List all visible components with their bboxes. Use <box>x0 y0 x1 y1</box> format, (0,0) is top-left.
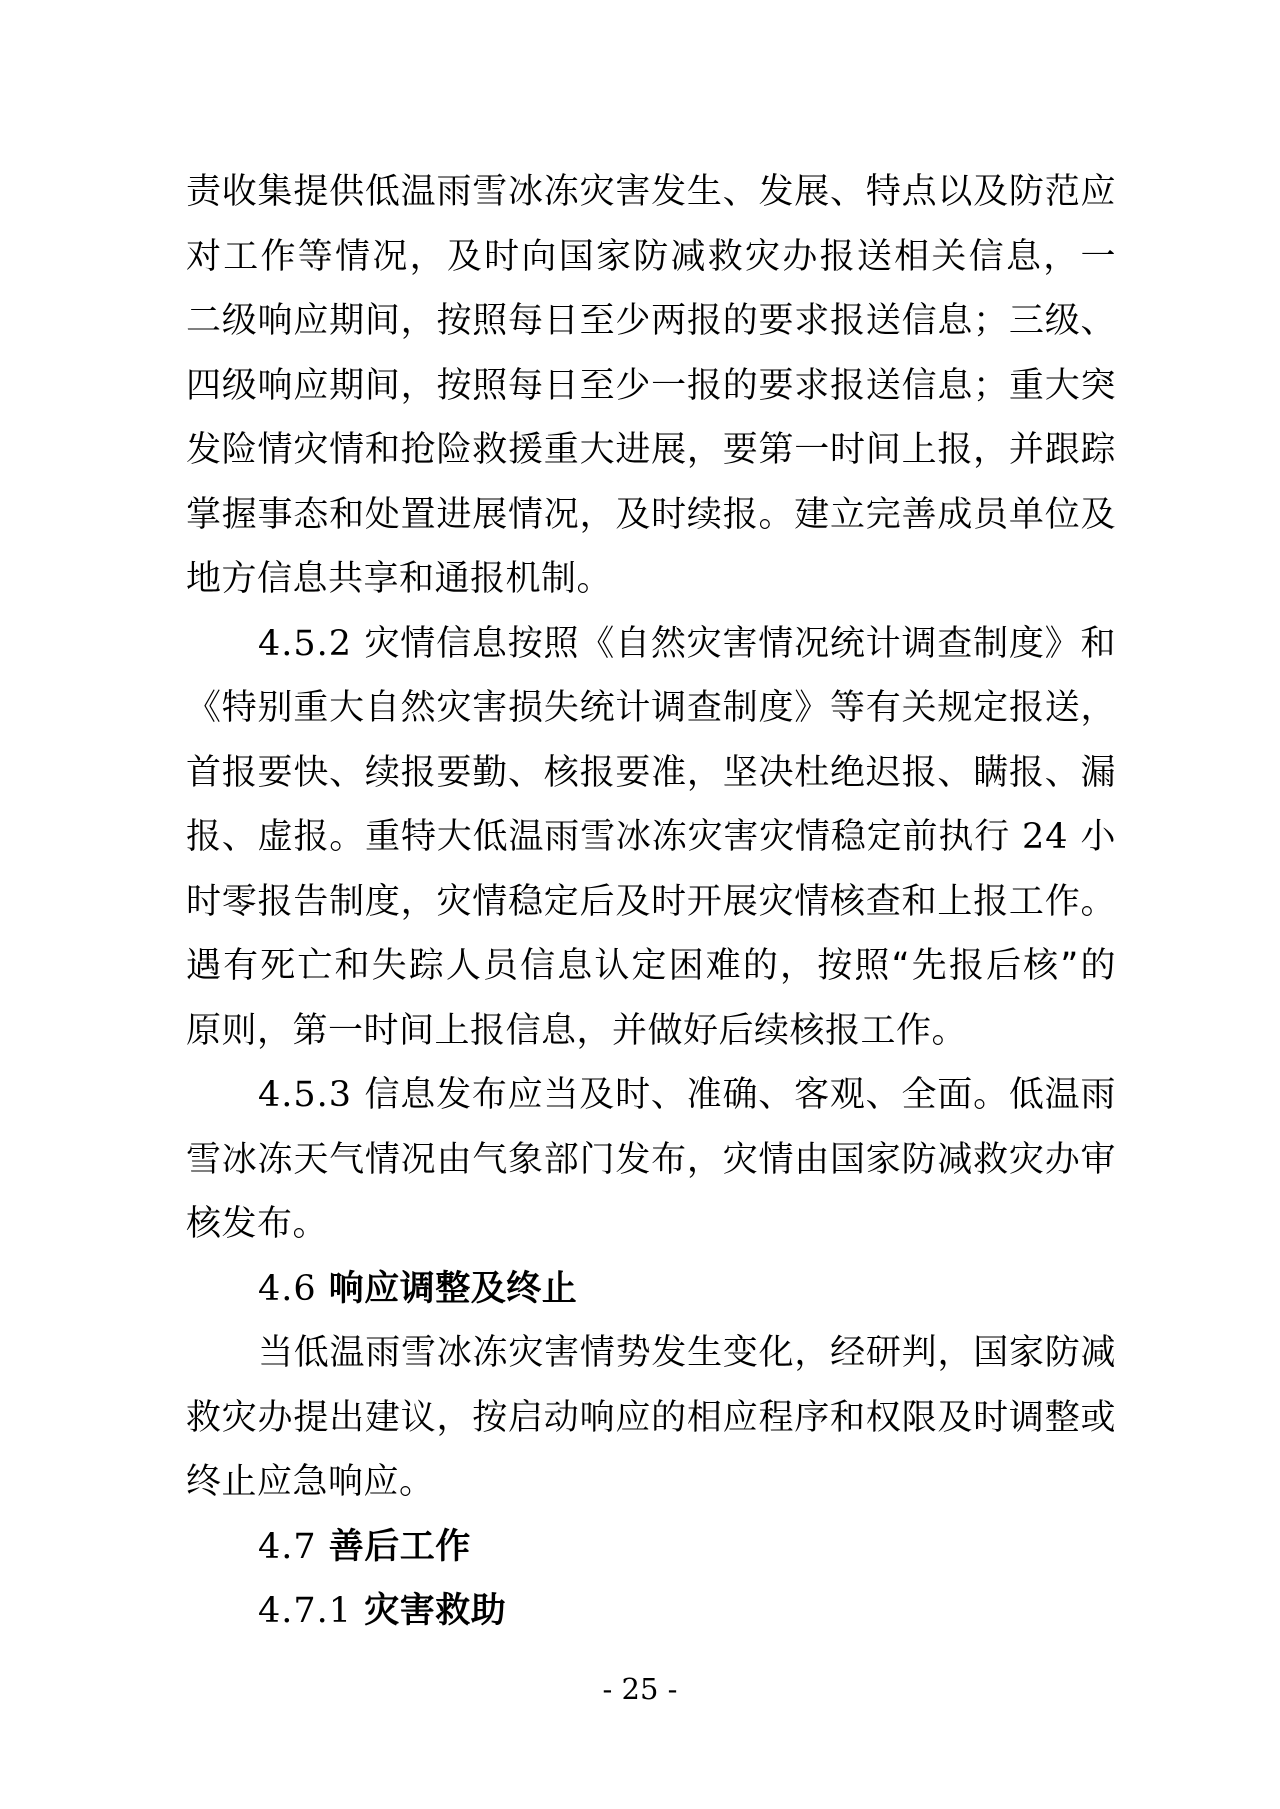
text-segment: 灾情信息按照《自然灾害情况统计调查制度》和 <box>364 624 1116 664</box>
text-line: 4.5.3 信息发布应当及时、准确、客观、全面。低温雨 <box>186 1063 1116 1128</box>
text-line: 核发布。 <box>186 1192 1116 1257</box>
text-segment: 核发布。 <box>186 1204 328 1244</box>
text-segment: 小 <box>1069 817 1116 857</box>
text-line: 报、虚报。重特大低温雨雪冰冻灾害灾情稳定前执行 24 小 <box>186 805 1116 870</box>
text-segment: 掌握事态和处置进展情况，及时续报。建立完善成员单位及 <box>186 495 1116 535</box>
text-line: 4.6 响应调整及终止 <box>186 1257 1116 1322</box>
text-segment: 雪冰冻天气情况由气象部门发布，灾情由国家防减救灾办审 <box>186 1140 1116 1180</box>
text-segment: 善后工作 <box>329 1527 471 1567</box>
text-line: 二级响应期间，按照每日至少两报的要求报送信息；三级、 <box>186 289 1116 354</box>
text-segment: 响应调整及终止 <box>329 1269 578 1309</box>
text-segment: 灾害救助 <box>364 1591 506 1631</box>
text-line: 遇有死亡和失踪人员信息认定困难的，按照“先报后核”的 <box>186 934 1116 999</box>
text-line: 对工作等情况，及时向国家防减救灾办报送相关信息，一级、 <box>186 225 1116 290</box>
text-segment: 对工作等情况，及时向国家防减救灾办报送相关信息，一级、 <box>186 237 1116 290</box>
text-line: 4.5.2 灾情信息按照《自然灾害情况统计调查制度》和 <box>186 612 1116 677</box>
text-segment: 《特别重大自然灾害损失统计调查制度》等有关规定报送， <box>186 688 1116 728</box>
text-line: 原则，第一时间上报信息，并做好后续核报工作。 <box>186 999 1116 1064</box>
text-line: 责收集提供低温雨雪冰冻灾害发生、发展、特点以及防范应 <box>186 160 1116 225</box>
section-number: 24 <box>1022 817 1069 857</box>
text-segment: 二级响应期间，按照每日至少两报的要求报送信息；三级、 <box>186 301 1116 341</box>
section-number: 4.7.1 <box>258 1591 364 1631</box>
text-line: 首报要快、续报要勤、核报要准，坚决杜绝迟报、瞒报、漏 <box>186 741 1116 806</box>
text-segment: 责收集提供低温雨雪冰冻灾害发生、发展、特点以及防范应 <box>186 172 1116 212</box>
text-segment: 时零报告制度，灾情稳定后及时开展灾情核查和上报工作。 <box>186 882 1116 922</box>
text-segment: 地方信息共享和通报机制。 <box>186 559 612 599</box>
text-line: 当低温雨雪冰冻灾害情势发生变化，经研判，国家防减 <box>186 1321 1116 1386</box>
text-segment: 遇有死亡和失踪人员信息认定困难的，按照“先报后核”的 <box>186 946 1116 986</box>
text-line: 发险情灾情和抢险救援重大进展，要第一时间上报，并跟踪 <box>186 418 1116 483</box>
section-number: 4.5.2 <box>258 624 364 664</box>
text-line: 终止应急响应。 <box>186 1450 1116 1515</box>
text-segment: 当低温雨雪冰冻灾害情势发生变化，经研判，国家防减 <box>258 1333 1116 1373</box>
text-segment: 终止应急响应。 <box>186 1462 435 1502</box>
text-segment: 原则，第一时间上报信息，并做好后续核报工作。 <box>186 1011 967 1051</box>
text-line: 四级响应期间，按照每日至少一报的要求报送信息；重大突 <box>186 354 1116 419</box>
text-line: 4.7.1 灾害救助 <box>186 1579 1116 1644</box>
text-line: 救灾办提出建议，按启动响应的相应程序和权限及时调整或 <box>186 1386 1116 1451</box>
section-number: 4.6 <box>258 1269 329 1309</box>
section-number: 4.5.3 <box>258 1075 364 1115</box>
text-segment: 首报要快、续报要勤、核报要准，坚决杜绝迟报、瞒报、漏 <box>186 753 1116 793</box>
document-page: 责收集提供低温雨雪冰冻灾害发生、发展、特点以及防范应对工作等情况，及时向国家防减… <box>0 0 1280 1809</box>
text-line: 4.7 善后工作 <box>186 1515 1116 1580</box>
text-line: 《特别重大自然灾害损失统计调查制度》等有关规定报送， <box>186 676 1116 741</box>
text-line: 时零报告制度，灾情稳定后及时开展灾情核查和上报工作。 <box>186 870 1116 935</box>
text-segment: 信息发布应当及时、准确、客观、全面。低温雨 <box>364 1075 1116 1115</box>
text-segment: 救灾办提出建议，按启动响应的相应程序和权限及时调整或 <box>186 1398 1116 1438</box>
page-number: - 25 - <box>0 1672 1280 1706</box>
text-line: 雪冰冻天气情况由气象部门发布，灾情由国家防减救灾办审 <box>186 1128 1116 1193</box>
text-line: 掌握事态和处置进展情况，及时续报。建立完善成员单位及 <box>186 483 1116 548</box>
document-body: 责收集提供低温雨雪冰冻灾害发生、发展、特点以及防范应对工作等情况，及时向国家防减… <box>186 160 1116 1644</box>
text-line: 地方信息共享和通报机制。 <box>186 547 1116 612</box>
text-segment: 报、虚报。重特大低温雨雪冰冻灾害灾情稳定前执行 <box>186 817 1022 857</box>
text-segment: 发险情灾情和抢险救援重大进展，要第一时间上报，并跟踪 <box>186 430 1116 470</box>
section-number: 4.7 <box>258 1527 329 1567</box>
text-segment: 四级响应期间，按照每日至少一报的要求报送信息；重大突 <box>186 366 1116 406</box>
